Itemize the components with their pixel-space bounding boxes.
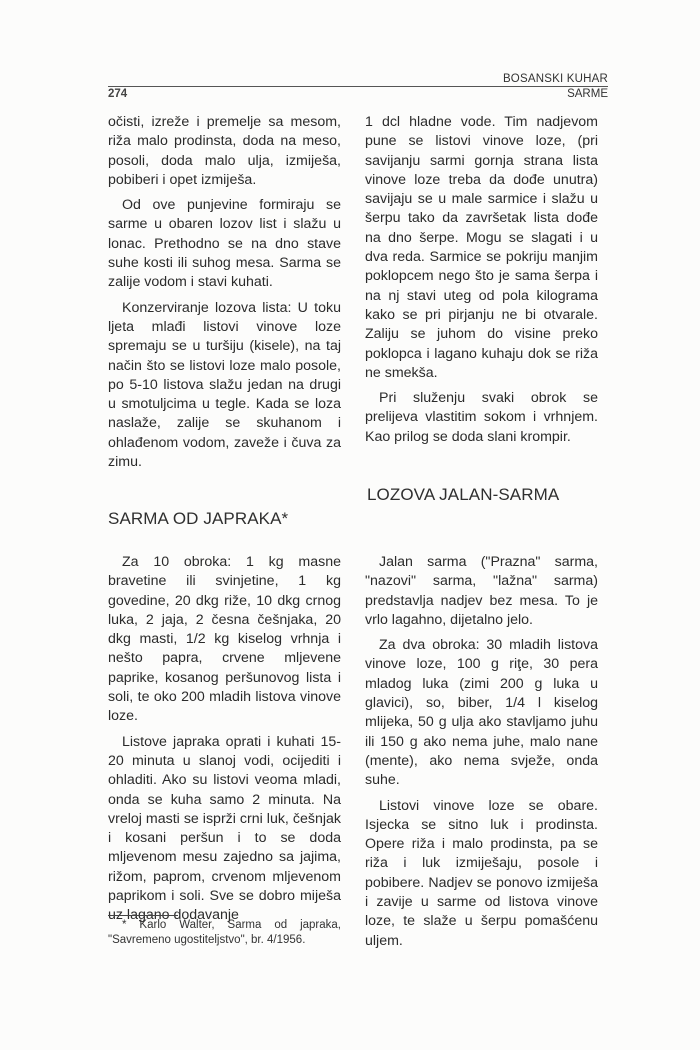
book-title: BOSANSKI KUHAR — [503, 73, 608, 85]
running-header: BOSANSKI KUHAR 274 SARME — [108, 70, 608, 106]
paragraph: Za dva obroka: 30 mladih listova vinove … — [365, 636, 598, 790]
paragraph: 1 dcl hladne vode. Tim nadjevom pune se … — [365, 113, 598, 383]
paragraph: Pri služenju svaki obrok se prelijeva vl… — [365, 389, 598, 447]
footnote-line-2: "Savremeno ugostiteljstvo", br. 4/1956. — [108, 934, 305, 946]
recipe-title-lozova-jalan-sarma: LOZOVA JALAN-SARMA — [367, 485, 559, 505]
paragraph: Od ove punjevine formiraju se sarme u ob… — [108, 196, 341, 292]
right-column-top: 1 dcl hladne vode. Tim nadjevom pune se … — [365, 113, 598, 453]
paragraph: Jalan sarma ("Prazna" sarma, "nazovi" sa… — [365, 553, 598, 630]
page-number: 274 — [108, 88, 127, 100]
paragraph: Za 10 obroka: 1 kg masne bravetine ili s… — [108, 553, 341, 727]
paragraph: očisti, izreže i premelje sa mesom, riža… — [108, 113, 341, 190]
recipe-title-sarma-od-japraka: SARMA OD JAPRAKA* — [108, 509, 288, 529]
paragraph: Listovi vinove loze se obare. Isjecka se… — [365, 797, 598, 951]
paragraph: Konzerviranje lozova lista: U toku ljeta… — [108, 299, 341, 473]
header-rule — [108, 86, 608, 87]
section-title: SARME — [567, 88, 608, 100]
book-page: BOSANSKI KUHAR 274 SARME očisti, izreže … — [0, 0, 700, 1050]
footnote-line-1: * Karlo Walter, Sarma od japraka, — [108, 918, 341, 933]
left-column-top: očisti, izreže i premelje sa mesom, riža… — [108, 113, 341, 478]
footnote: * Karlo Walter, Sarma od japraka, "Savre… — [108, 918, 341, 948]
right-column-bottom: Jalan sarma ("Prazna" sarma, "nazovi" sa… — [365, 553, 598, 957]
footnote-rule — [108, 915, 178, 916]
paragraph: Listove japraka oprati i kuhati 15-20 mi… — [108, 733, 341, 926]
left-column-bottom: Za 10 obroka: 1 kg masne bravetine ili s… — [108, 553, 341, 932]
